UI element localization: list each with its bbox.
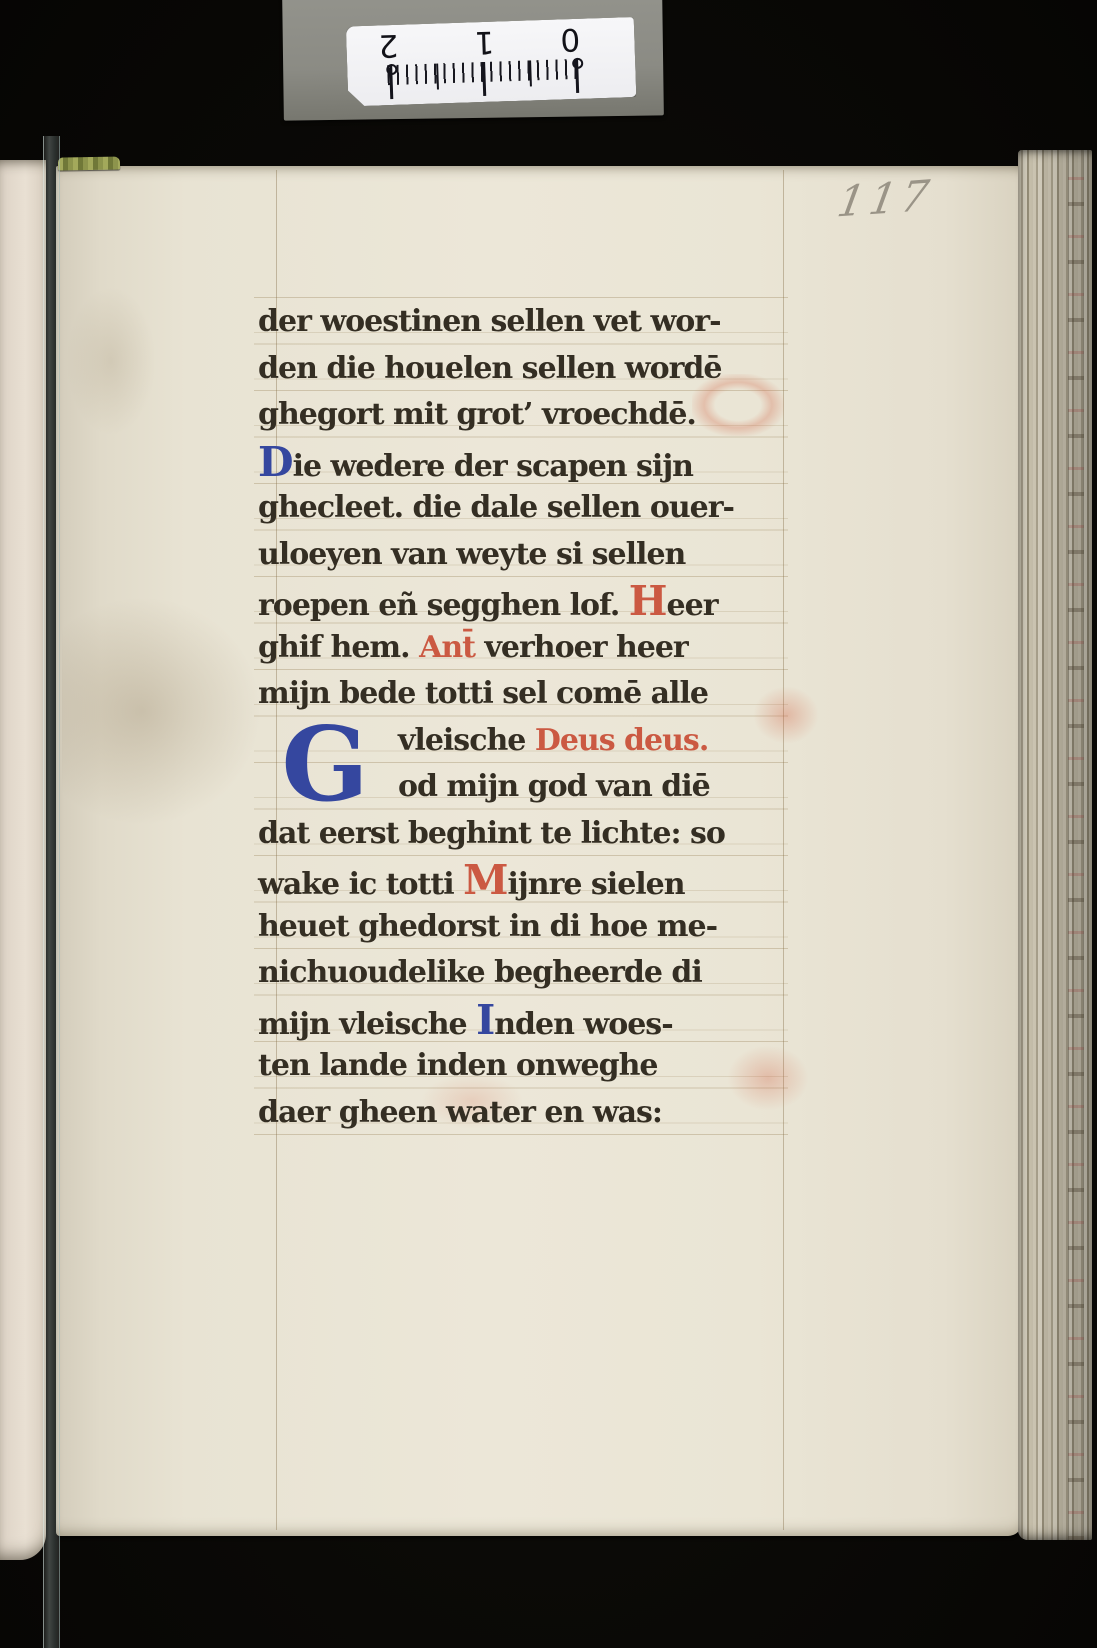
text-line: daer gheen water en was: [258,1090,788,1137]
text-segment: nichuoudelike begheerde di [258,955,702,990]
text-segment: uloeyen van weyte si sellen [258,537,685,572]
text-line: heuet ghedorst in di hoe me- [258,904,788,951]
illuminated-initial-G: G [256,711,394,819]
ruler-label-1: 1 [474,24,495,61]
ruler-label-2: 2 [378,27,399,64]
folio-number: 117 [834,170,938,226]
text-segment: ghegort mit grot’ vroechdē. [258,397,696,432]
ruler: 2 1 0 [346,17,636,107]
text-segment: der woestinen sellen vet wor- [258,304,721,339]
text-segment: ijnre sielen [508,867,685,902]
colored-initial: M [463,856,507,904]
parchment-stain [66,286,156,436]
text-line: ten lande inden onweghe [258,1043,788,1090]
text-segment: verhoer heer [484,630,687,665]
glass-plate-edge [43,136,60,1648]
text-segment: Ant̄ [419,630,484,665]
ruler-label-0: 0 [560,21,581,58]
text-segment: roepen eñ segghen lof. [258,588,629,623]
text-segment: daer gheen water en was: [258,1095,662,1130]
text-line: nichuoudelike begheerde di [258,950,788,997]
text-line: der woestinen sellen vet wor- [258,299,788,346]
text-segment: ie wedere der scapen sijn [293,449,693,484]
headband [58,156,120,170]
text-line: uloeyen van weyte si sellen [258,532,788,579]
text-line: wake ic totti Mijnre sielen [258,857,788,904]
ruler-mount: 2 1 0 [282,0,664,121]
manuscript-page: 117 G der woestinen sellen vet wor-den d… [56,166,1022,1536]
ruler-major-tick [389,65,393,99]
text-segment: den die houelen sellen wordē [258,351,722,386]
fore-edge-page-stack [1018,150,1092,1540]
text-segment: heuet ghedorst in di hoe me- [258,909,717,944]
manuscript-photo: 2 1 0 117 G der wo [0,0,1097,1648]
text-line: mijn vleische Inden woes- [258,997,788,1044]
colored-initial: I [476,996,494,1044]
text-segment: ten lande inden onweghe [258,1048,658,1083]
ruler-major-tick [575,59,579,93]
text-segment: ghecleet. die dale sellen ouer- [258,490,734,525]
text-line: Die wedere der scapen sijn [258,439,788,486]
text-segment: eer [667,588,718,623]
text-line: ghecleet. die dale sellen ouer- [258,485,788,532]
text-segment: wake ic totti [258,867,463,902]
text-line: ghegort mit grot’ vroechdē. [258,392,788,439]
text-segment: ghif hem. [258,630,419,665]
fore-edge-marks [1068,150,1084,1540]
ruler-ticks [387,59,582,103]
text-line: ghif hem. Ant̄ verhoer heer [258,625,788,672]
text-segment: Deus deus. [535,723,708,758]
text-line: roepen eñ segghen lof. Heer [258,578,788,625]
parchment-stain [62,596,262,826]
text-line: den die houelen sellen wordē [258,346,788,393]
text-segment: od mijn god van diē [398,769,710,804]
facing-page-edge [0,160,46,1560]
text-segment: mijn vleische [258,1007,476,1042]
colored-initial: H [629,577,667,625]
text-block: G der woestinen sellen vet wor-den die h… [258,299,788,1136]
text-segment: vleische [398,723,535,758]
text-segment: nden woes- [494,1007,672,1042]
colored-initial: D [258,438,293,486]
